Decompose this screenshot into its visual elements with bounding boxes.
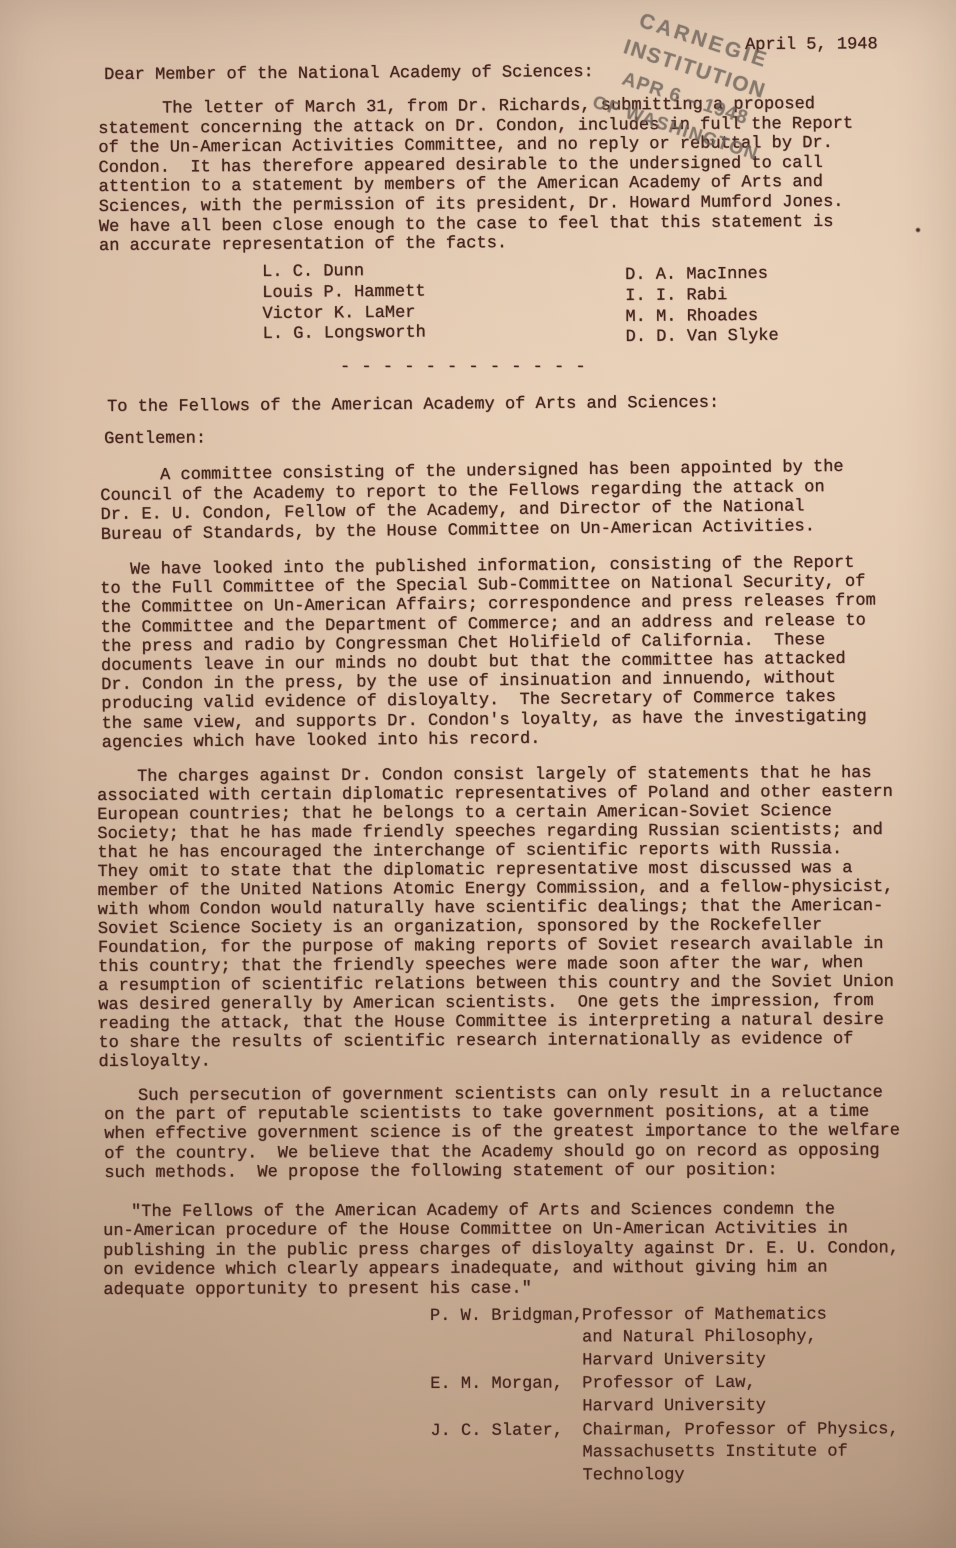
greeting: Gentlemen: (104, 429, 206, 449)
salutation: Dear Member of the National Academy of S… (104, 63, 594, 85)
address-line: To the Fellows of the American Academy o… (107, 394, 719, 418)
signers-column-right: D. A. MacInnes I. I. Rabi M. M. Rhoades … (625, 265, 779, 350)
paragraph-introduction: The letter of March 31, from Dr. Richard… (98, 95, 854, 257)
signature-row: P. W. Bridgman, Professor of Mathematics… (430, 1304, 898, 1373)
signature-title: Professor of Law, Harvard University (582, 1373, 766, 1418)
signature-title: Chairman, Professor of Physics, Massachu… (582, 1419, 898, 1487)
letter-scan-page: CARNEGIE INSTITUTION APR 6 – 1948 OF WAS… (0, 0, 956, 1548)
letter-date: April 5, 1948 (745, 35, 878, 55)
paper-speck (915, 227, 921, 233)
signature-name: E. M. Morgan, (430, 1374, 582, 1419)
paragraph-committee-appointed: A committee consisting of the undersigne… (100, 458, 844, 545)
signers-column-left: L. C. Dunn Louis P. Hammett Victor K. La… (262, 262, 426, 347)
paragraph-persecution: Such persecution of government scientist… (104, 1084, 900, 1183)
signature-title: Professor of Mathematics and Natural Phi… (582, 1305, 827, 1373)
dashed-separator: - - - - - - - - - - - - (340, 358, 586, 377)
paragraph-published-information: We have looked into the published inform… (100, 554, 877, 753)
paragraph-charges: The charges against Dr. Condon consist l… (97, 764, 894, 1072)
signature-name: P. W. Bridgman, (430, 1305, 582, 1373)
signature-name: J. C. Slater, (430, 1421, 582, 1489)
signature-block: P. W. Bridgman, Professor of Mathematics… (430, 1304, 899, 1489)
paragraph-quoted-statement: "The Fellows of the American Academy of … (103, 1200, 899, 1300)
signature-row: J. C. Slater, Chairman, Professor of Phy… (430, 1419, 898, 1488)
signature-row: E. M. Morgan, Professor of Law, Harvard … (430, 1373, 898, 1419)
